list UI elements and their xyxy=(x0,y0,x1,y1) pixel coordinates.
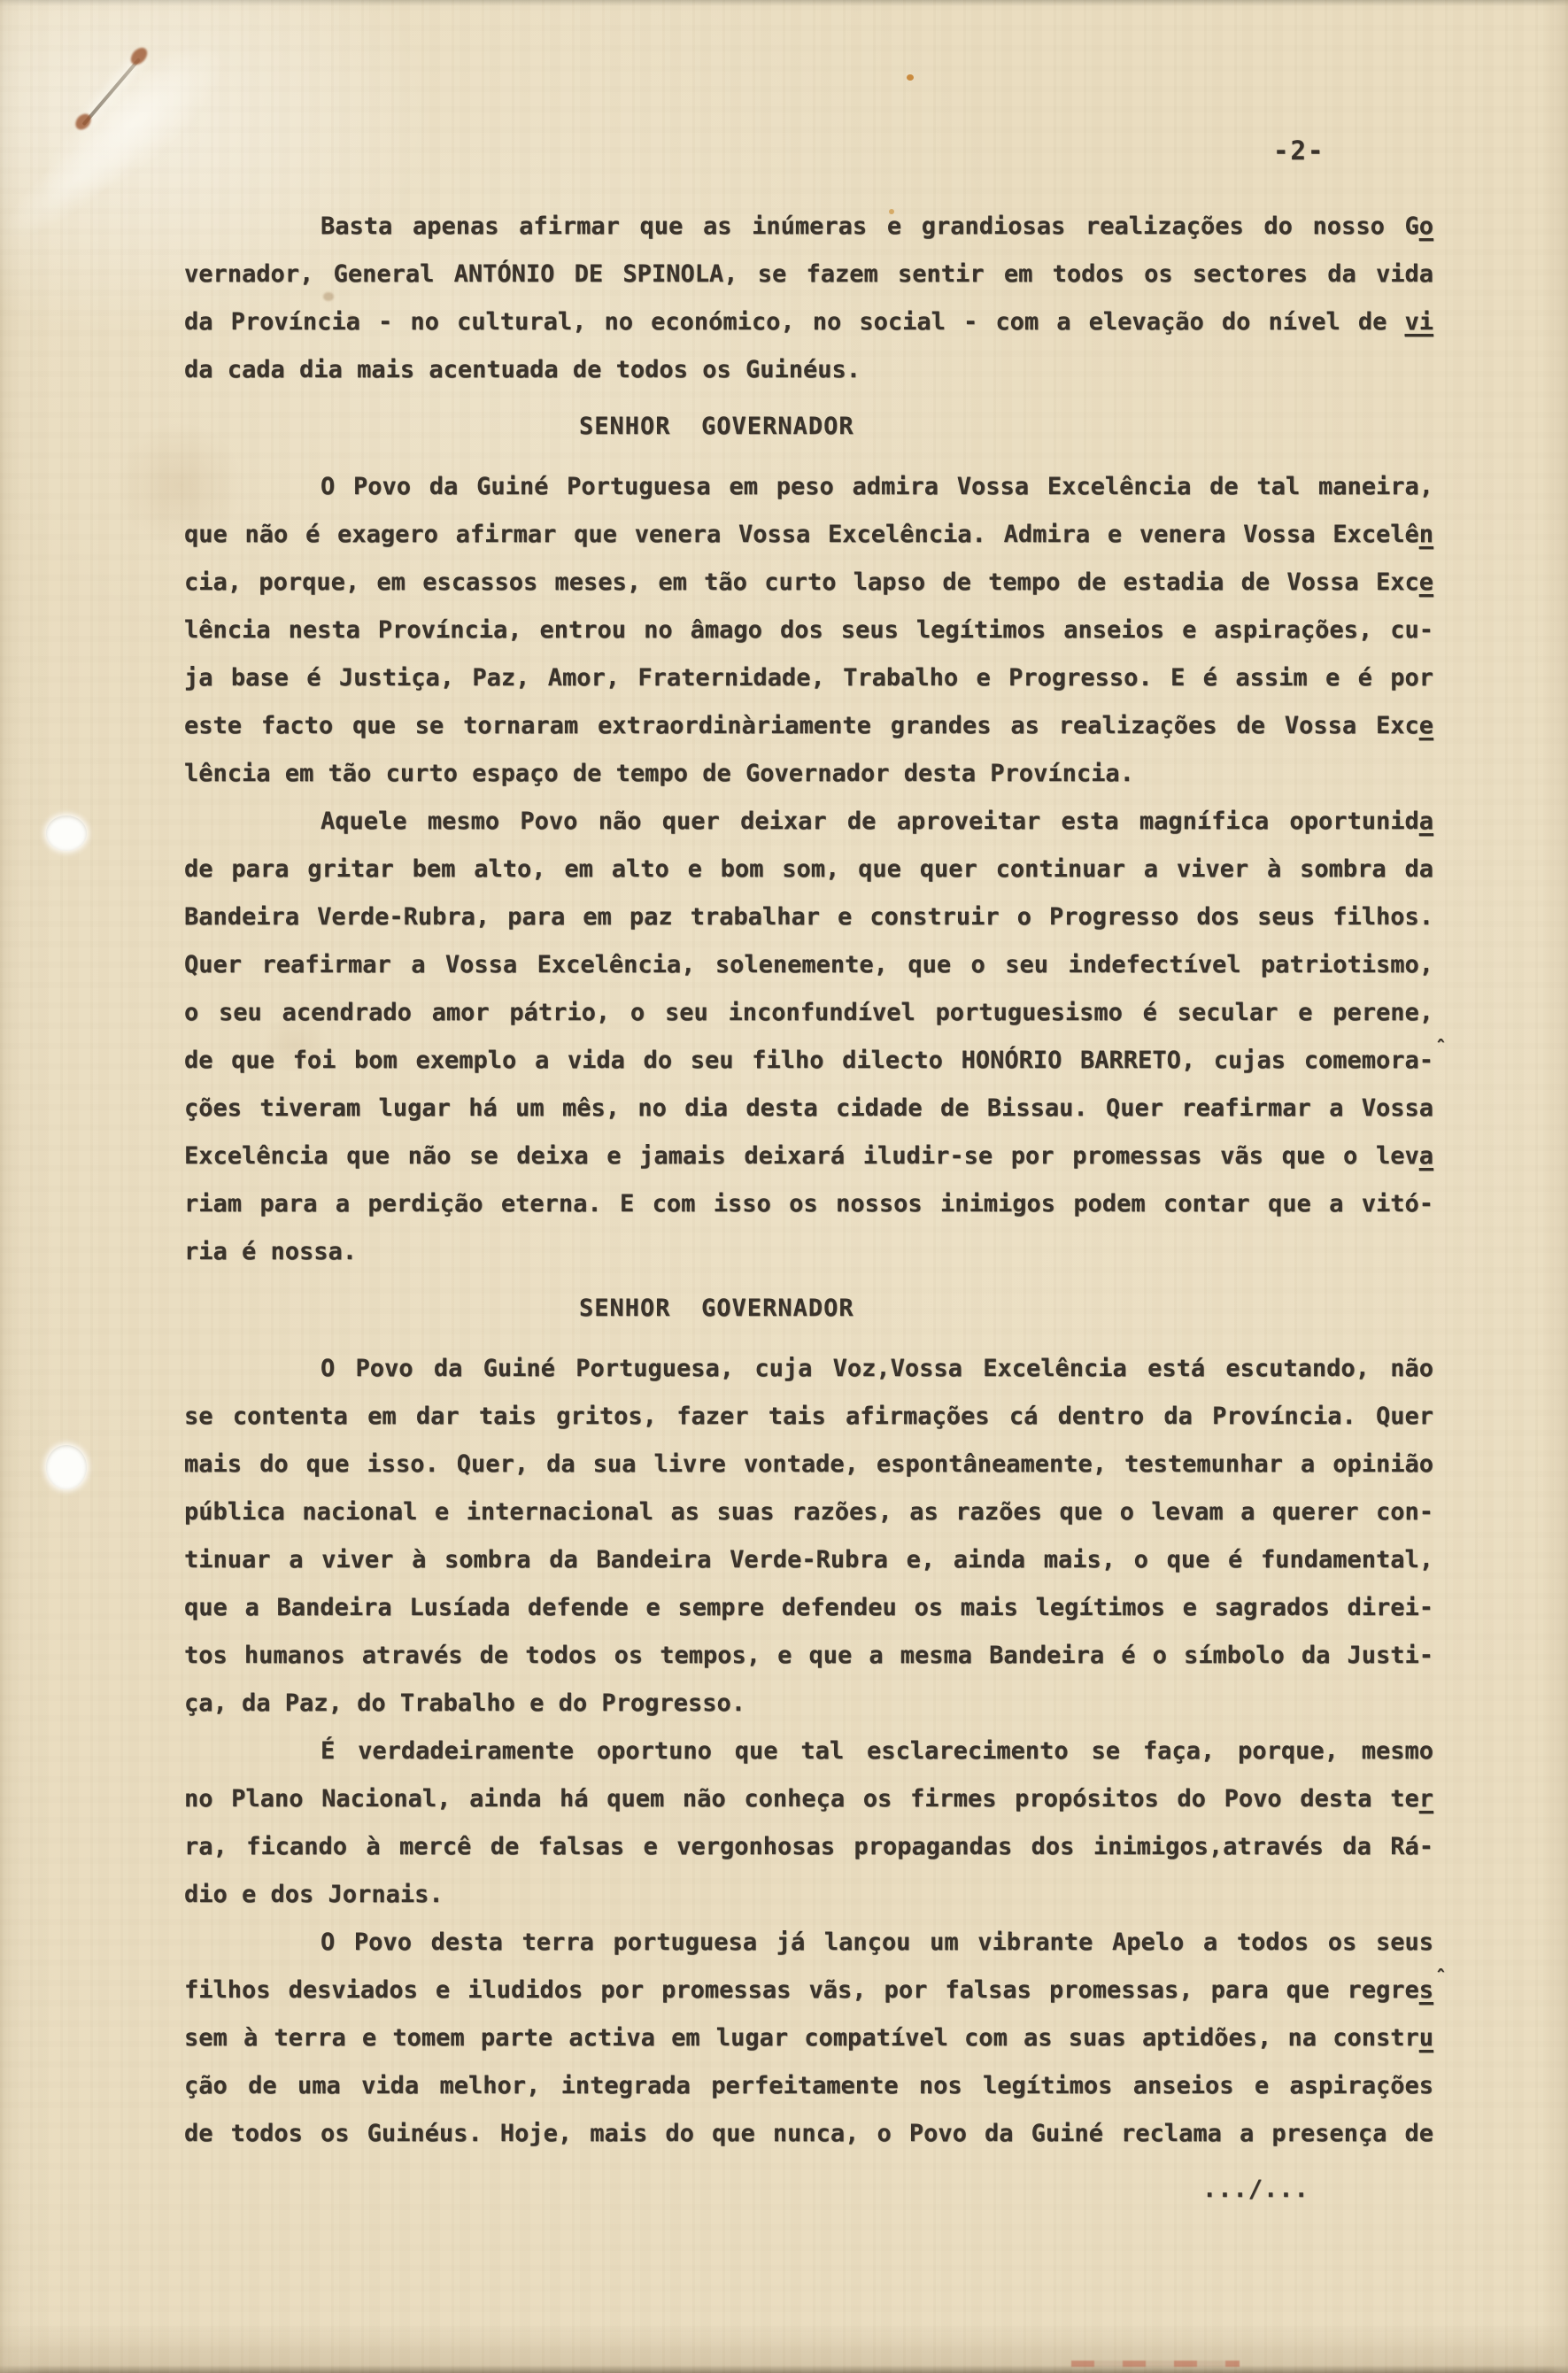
text-line: ja base é Justiça, Paz, Amor, Fraternida… xyxy=(184,654,1433,702)
punch-hole xyxy=(46,815,87,851)
underlined-tail: e xyxy=(1419,568,1433,596)
page-number: -2- xyxy=(1273,133,1325,168)
text-line: ções tiveram lugar há um mês, no dia des… xyxy=(184,1085,1433,1132)
paragraph: Basta apenas afirmar que as inúmeras e g… xyxy=(184,203,1433,394)
text-line: sem à terra e tomem parte activa em luga… xyxy=(184,2014,1433,2062)
text-line: O Povo desta terra portuguesa já lançou … xyxy=(184,1919,1433,1967)
underlined-tail: n xyxy=(1419,521,1433,548)
text-line: tinuar a viver à sombra da Bandeira Verd… xyxy=(184,1536,1433,1584)
section-heading: SENHOR GOVERNADOR xyxy=(579,403,1433,451)
underlined-tail: a xyxy=(1419,1142,1433,1170)
text-line: ça, da Paz, do Trabalho e do Progresso. xyxy=(184,1680,1433,1728)
text-line: ria é nossa. xyxy=(184,1228,1433,1276)
text-line: da cada dia mais acentuada de todos os G… xyxy=(184,346,1433,394)
text-line: filhos desviados e iludidos por promessa… xyxy=(184,1967,1433,2014)
paragraph: Aquele mesmo Povo não quer deixar de apr… xyxy=(184,798,1433,1276)
text-line: mais do que isso. Quer, da sua livre von… xyxy=(184,1441,1433,1488)
paragraph: O Povo desta terra portuguesa já lançou … xyxy=(184,1919,1433,2158)
section-heading: SENHOR GOVERNADOR xyxy=(579,1285,1433,1333)
underlined-tail: e xyxy=(1419,712,1433,739)
text-line: dio e dos Jornais. xyxy=(184,1871,1433,1919)
text-line: o seu acendrado amor pátrio, o seu incon… xyxy=(184,989,1433,1037)
text-line: da Província - no cultural, no económico… xyxy=(184,298,1433,346)
text-line: que a Bandeira Lusíada defende e sempre … xyxy=(184,1584,1433,1632)
text-line: Aquele mesmo Povo não quer deixar de apr… xyxy=(184,798,1433,846)
text-line: riam para a perdição eterna. E com isso … xyxy=(184,1180,1433,1228)
stain xyxy=(907,74,914,81)
text-line: Basta apenas afirmar que as inúmeras e g… xyxy=(184,203,1433,251)
text-line: de todos os Guinéus. Hoje, mais do que n… xyxy=(184,2110,1433,2158)
text-line: pública nacional e internacional as suas… xyxy=(184,1488,1433,1536)
text-line: no Plano Nacional, ainda há quem não con… xyxy=(184,1775,1433,1823)
text-line: ção de uma vida melhor, integrada perfei… xyxy=(184,2062,1433,2110)
paragraph: O Povo da Guiné Portuguesa em peso admir… xyxy=(184,463,1433,798)
text-line: Quer reafirmar a Vossa Excelência, solen… xyxy=(184,941,1433,989)
text-line: tos humanos através de todos os tempos, … xyxy=(184,1632,1433,1680)
paragraph: O Povo da Guiné Portuguesa, cuja Voz,Vos… xyxy=(184,1345,1433,1728)
text-body: Basta apenas afirmar que as inúmeras e g… xyxy=(184,203,1433,2158)
underlined-tail: s xyxy=(1419,1976,1433,2004)
text-line: este facto que se tornaram extraordinàri… xyxy=(184,702,1433,750)
text-line: lência nesta Província, entrou no âmago … xyxy=(184,607,1433,654)
scanned-document-page: { "document": { "page_number": "-2-", "c… xyxy=(0,0,1568,2373)
text-line: Excelência que não se deixa e jamais dei… xyxy=(184,1132,1433,1180)
underlined-tail: vi xyxy=(1404,308,1433,336)
text-line: O Povo da Guiné Portuguesa, cuja Voz,Vos… xyxy=(184,1345,1433,1393)
underlined-tail: r xyxy=(1419,1785,1433,1813)
text-line: Bandeira Verde-Rubra, para em paz trabal… xyxy=(184,893,1433,941)
text-line: se contenta em dar tais gritos, fazer ta… xyxy=(184,1393,1433,1441)
underlined-tail: a xyxy=(1419,808,1433,835)
text-line: O Povo da Guiné Portuguesa em peso admir… xyxy=(184,463,1433,511)
underlined-tail: u xyxy=(1419,2024,1433,2052)
punch-hole xyxy=(46,1445,87,1489)
continuation-mark: .../... xyxy=(1202,2166,1309,2214)
text-line: que não é exagero afirmar que venera Vos… xyxy=(184,511,1433,559)
text-line: de que foi bom exemplo a vida do seu fil… xyxy=(184,1037,1433,1085)
text-line: cia, porque, em escassos meses, em tão c… xyxy=(184,559,1433,607)
text-line: lência em tão curto espaço de tempo de G… xyxy=(184,750,1433,798)
underlined-tail: o xyxy=(1419,213,1433,240)
text-line: ra, ficando à mercê de falsas e vergonho… xyxy=(184,1823,1433,1871)
text-line: vernador, General ANTÓNIO DE SPINOLA, se… xyxy=(184,251,1433,298)
text-line: de para gritar bem alto, em alto e bom s… xyxy=(184,846,1433,893)
scan-edge-marks xyxy=(1071,2361,1240,2367)
paper-sheet: -2- Basta apenas afirmar que as inúmeras… xyxy=(0,0,1568,2373)
text-line: É verdadeiramente oportuno que tal escla… xyxy=(184,1728,1433,1775)
paragraph: É verdadeiramente oportuno que tal escla… xyxy=(184,1728,1433,1919)
